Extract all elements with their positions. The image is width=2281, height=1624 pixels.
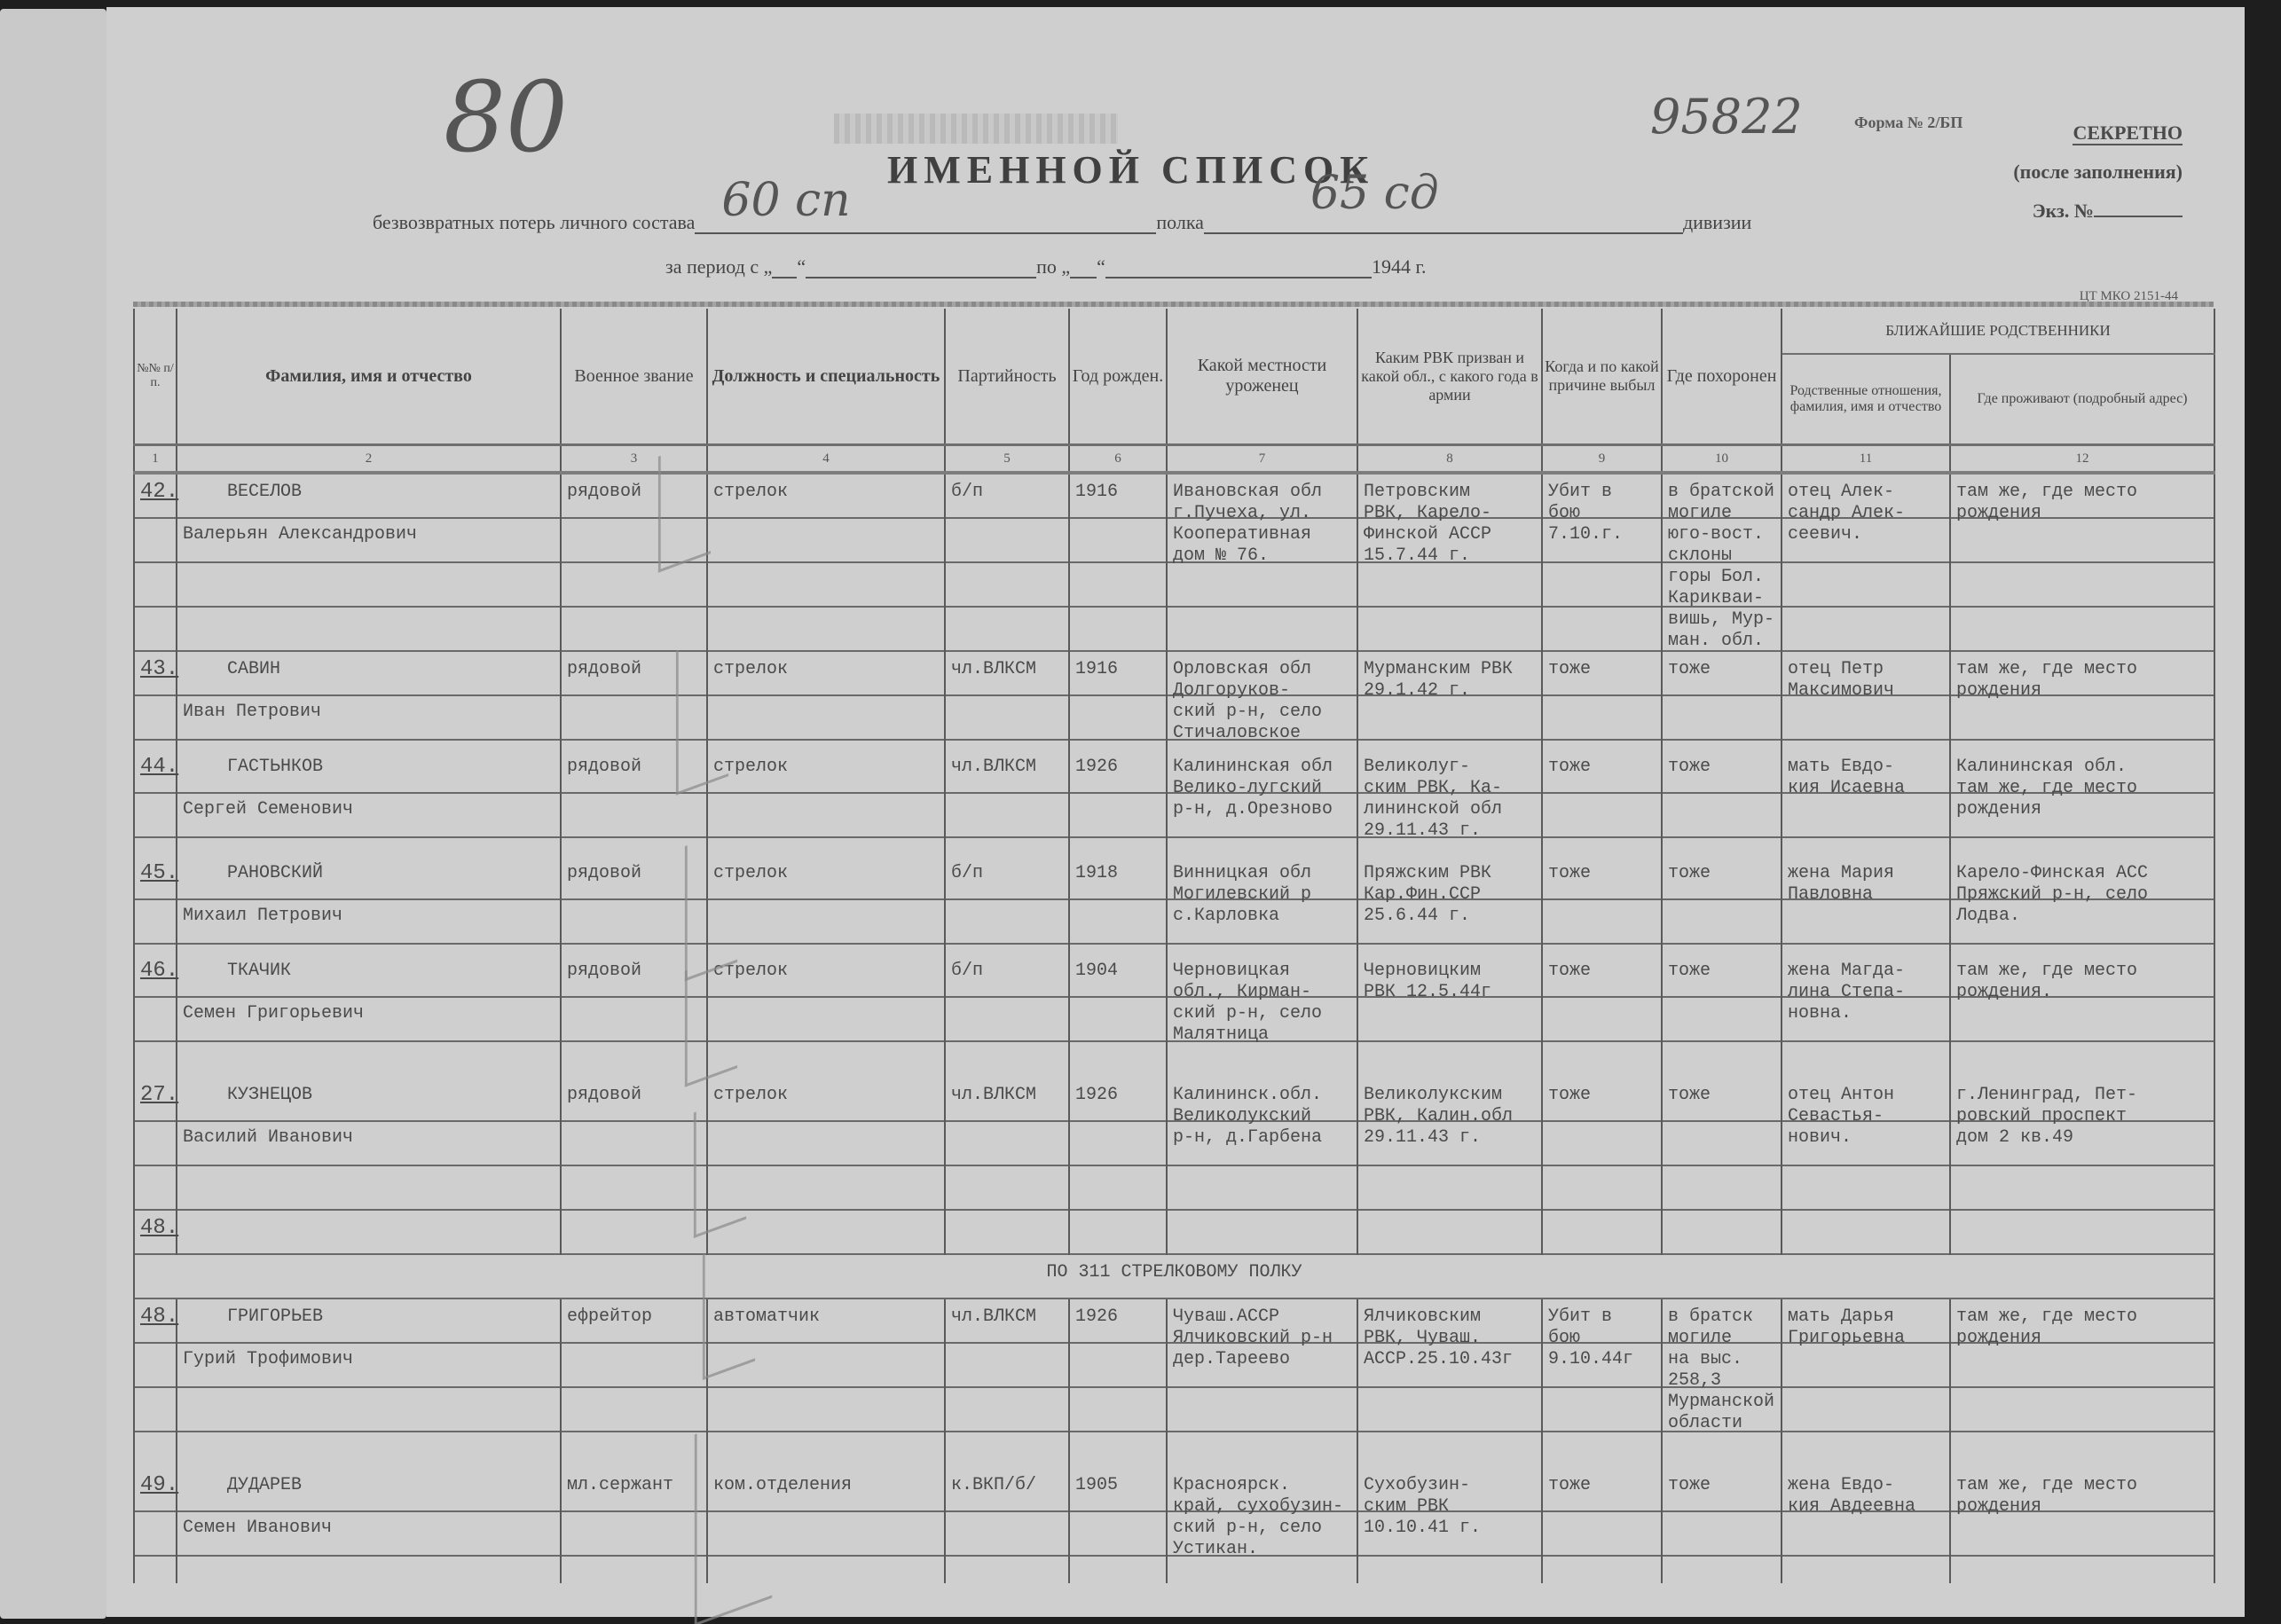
cell-rvk: Пряжским РВК Кар.Фин.ССР 25.6.44 г. — [1357, 856, 1542, 953]
col-header-2: Фамилия, имя и отчество — [177, 309, 561, 445]
col-header-7: Какой местности уроженец — [1167, 309, 1357, 445]
cell-buried: тоже — [1662, 953, 1782, 1078]
table-row: 44.ГАСТЬНКОВСергей Семеновичрядовойстрел… — [134, 749, 2214, 856]
cell-party — [945, 1211, 1069, 1255]
col-header-3: Военное звание — [561, 309, 707, 445]
table-row: 46.ТКАЧИКСемен Григорьевичрядовойстрелок… — [134, 953, 2214, 1078]
cell-when: тоже — [1542, 953, 1662, 1078]
cell-when: тоже — [1542, 856, 1662, 953]
cell-surname: РАНОВСКИЙ — [183, 863, 555, 884]
cell-surname: ГАСТЬНКОВ — [183, 757, 555, 778]
handwritten-sheet-number: 80 — [444, 60, 568, 174]
cell-surname: КУЗНЕЦОВ — [183, 1085, 555, 1106]
cell-position: стрелок — [707, 473, 945, 652]
cell-relative: отец Антон Севастья- нович. — [1782, 1078, 1950, 1211]
section-note-row: ПО 311 СТРЕЛКОВОМУ ПОЛКУ — [134, 1255, 2214, 1299]
cell-surname: САВИН — [183, 659, 555, 680]
losses-table: №№ п/п. Фамилия, имя и отчество Военное … — [133, 309, 2215, 1583]
cell-address: г.Ленинград, Пет- ровский проспект дом 2… — [1950, 1078, 2214, 1211]
col-header-4: Должность и специальность — [707, 309, 945, 445]
cell-no: 45. — [134, 856, 177, 953]
division-field: 65 сд — [1204, 209, 1683, 234]
cell-rvk: Великолукским РВК, Калин.обл 29.11.43 г. — [1357, 1078, 1542, 1211]
cell-origin: Черновицкая обл., Кирман- ский р-н, село… — [1167, 953, 1357, 1078]
cell-position: стрелок — [707, 953, 945, 1078]
cell-origin: Красноярск. край, сухобузин- ский р-н, с… — [1167, 1468, 1357, 1583]
table-row: 42.ВЕСЕЛОВВалерьян Александровичрядовойс… — [134, 473, 2214, 652]
table-row: 27.КУЗНЕЦОВВасилий Ивановичрядовойстрело… — [134, 1078, 2214, 1211]
cell-born: 1918 — [1069, 856, 1167, 953]
cell-origin: Орловская обл Долгоруков- ский р-н, село… — [1167, 652, 1357, 749]
col-header-5: Партийность — [945, 309, 1069, 445]
cell-relative — [1782, 1211, 1950, 1255]
cell-buried: тоже — [1662, 652, 1782, 749]
cell-rvk — [1357, 1211, 1542, 1255]
cell-when: Убит в бою 9.10.44г — [1542, 1299, 1662, 1468]
cell-party: к.ВКП/б/ — [945, 1468, 1069, 1583]
cell-born: 1926 — [1069, 1078, 1167, 1211]
cell-full-name: ГАСТЬНКОВСергей Семенович — [177, 749, 561, 856]
cell-party: чл.ВЛКСМ — [945, 749, 1069, 856]
cell-origin: Калининск.обл. Великолукский р-н, д.Гарб… — [1167, 1078, 1357, 1211]
cell-born: 1905 — [1069, 1468, 1167, 1583]
cell-rvk: Петровским РВК, Карело- Финской АССР 15.… — [1357, 473, 1542, 652]
cell-relative: мать Евдо- кия Исаевна — [1782, 749, 1950, 856]
handwritten-archive-number: 95822 — [1650, 89, 1803, 145]
table-row: 43.САВИНИван Петровичрядовойстрелокчл.ВЛ… — [134, 652, 2214, 749]
cell-full-name: РАНОВСКИЙМихаил Петрович — [177, 856, 561, 953]
cell-buried: тоже — [1662, 749, 1782, 856]
checkmark-icon — [695, 1407, 772, 1624]
cell-born: 1916 — [1069, 473, 1167, 652]
cell-given-names: Иван Петрович — [183, 702, 555, 723]
table-row: 49.ДУДАРЕВСемен Ивановичмл.сержантком.от… — [134, 1468, 2214, 1583]
cell-given-names: Сергей Семенович — [183, 799, 555, 820]
cell-no: 48. — [134, 1211, 177, 1255]
cell-address: Калининская обл. там же, где место рожде… — [1950, 749, 2214, 856]
checkmark-icon — [685, 952, 737, 1087]
cell-rank — [561, 1211, 707, 1255]
table-row: 48.ГРИГОРЬЕВГурий Трофимовичефрейторавто… — [134, 1299, 2214, 1468]
cell-full-name: ТКАЧИКСемен Григорьевич — [177, 953, 561, 1078]
cell-no: 42. — [134, 473, 177, 652]
cell-relative: отец Петр Максимович — [1782, 652, 1950, 749]
faded-stamp — [834, 114, 1118, 144]
cell-full-name — [177, 1211, 561, 1255]
cell-buried: тоже — [1662, 1468, 1782, 1583]
col-header-1: №№ п/п. — [134, 309, 177, 445]
cell-when: тоже — [1542, 652, 1662, 749]
checkmark-icon — [658, 437, 711, 572]
table-body: 42.ВЕСЕЛОВВалерьян Александровичрядовойс… — [134, 473, 2214, 1583]
cell-party: б/п — [945, 473, 1069, 652]
cell-no: 43. — [134, 652, 177, 749]
subtitle-prefix: безвозвратных потерь личного состава — [373, 211, 695, 234]
cell-rank: мл.сержант — [561, 1468, 707, 1583]
cell-full-name: КУЗНЕЦОВВасилий Иванович — [177, 1078, 561, 1211]
cell-given-names: Семен Иванович — [183, 1518, 555, 1539]
cell-full-name: ГРИГОРЬЕВГурий Трофимович — [177, 1299, 561, 1468]
cell-address: там же, где место рождения. — [1950, 953, 2214, 1078]
cell-born: 1904 — [1069, 953, 1167, 1078]
cell-when: Убит в бою 7.10.г. — [1542, 473, 1662, 652]
cell-address — [1950, 1211, 2214, 1255]
cell-rvk: Черновицким РВК 12.5.44г — [1357, 953, 1542, 1078]
cell-buried — [1662, 1211, 1782, 1255]
cell-born — [1069, 1211, 1167, 1255]
col-header-11: Родственные отношения, фамилия, имя и от… — [1782, 354, 1950, 445]
cell-given-names: Михаил Петрович — [183, 906, 555, 927]
regiment-field: 60 сп — [695, 209, 1156, 234]
section-note: ПО 311 СТРЕЛКОВОМУ ПОЛКУ — [134, 1255, 2214, 1299]
cell-surname: ВЕСЕЛОВ — [183, 482, 555, 503]
cell-address: там же, где место рождения — [1950, 652, 2214, 749]
cell-when: тоже — [1542, 1078, 1662, 1211]
cell-full-name: ДУДАРЕВСемен Иванович — [177, 1468, 561, 1583]
cell-given-names: Гурий Трофимович — [183, 1349, 555, 1370]
cell-position: стрелок — [707, 856, 945, 953]
cell-address: Карело-Финская АСС Пряжский р-н, село Ло… — [1950, 856, 2214, 953]
col-header-6: Год рожден. — [1069, 309, 1167, 445]
cell-party: чл.ВЛКСМ — [945, 1299, 1069, 1468]
document-title: ИМЕННОЙ СПИСОК — [887, 147, 1374, 192]
cell-born: 1926 — [1069, 749, 1167, 856]
period-prefix: за период с „ — [665, 255, 772, 279]
classification-note: (после заполнения) — [2013, 153, 2183, 192]
col-header-12: Где проживают (подробный адрес) — [1950, 354, 2214, 445]
period-line: за период с „ “ по „ “ 1944 г. — [665, 254, 1426, 279]
cell-origin: Чуваш.АССР Ялчиковский р-н дер.Тареево — [1167, 1299, 1357, 1468]
regiment-label: полка — [1156, 211, 1204, 234]
cell-party: чл.ВЛКСМ — [945, 1078, 1069, 1211]
relatives-group-header: БЛИЖАЙШИЕ РОДСТВЕННИКИ — [1782, 309, 2214, 354]
table-row: 48. — [134, 1211, 2214, 1255]
document-page: 80 95822 Форма № 2/БП СЕКРЕТНО (после за… — [106, 7, 2245, 1617]
cell-no: 49. — [134, 1468, 177, 1583]
cell-no: 44. — [134, 749, 177, 856]
cell-surname: ДУДАРЕВ — [183, 1475, 555, 1496]
cell-relative: отец Алек- сандр Алек- сеевич. — [1782, 473, 1950, 652]
form-number: Форма № 2/БП — [1854, 114, 1962, 132]
cell-relative: жена Мария Павловна — [1782, 856, 1950, 953]
cell-buried: тоже — [1662, 1078, 1782, 1211]
cell-address: там же, где место рождения — [1950, 1468, 2214, 1583]
period-year: 1944 г. — [1372, 255, 1427, 279]
cell-buried: в братск могиле на выс. 258,3 Мурманской… — [1662, 1299, 1782, 1468]
cell-given-names: Валерьян Александрович — [183, 524, 555, 545]
cell-given-names: Семен Григорьевич — [183, 1003, 555, 1024]
cell-relative: жена Магда- лина Степа- новна. — [1782, 953, 1950, 1078]
cell-no: 48. — [134, 1299, 177, 1468]
cell-position: стрелок — [707, 652, 945, 749]
cell-address: там же, где место рождения — [1950, 1299, 2214, 1468]
cell-when: тоже — [1542, 749, 1662, 856]
cell-rank: рядовой — [561, 1078, 707, 1211]
binder-tab-strip — [0, 9, 106, 1619]
cell-origin: Винницкая обл Могилевский р с.Карловка — [1167, 856, 1357, 953]
period-to: по „ — [1036, 255, 1070, 279]
col-header-8: Каким РВК призван и какой обл., с какого… — [1357, 309, 1542, 445]
cell-origin — [1167, 1211, 1357, 1255]
cell-origin: Калининская обл Велико-лугский р-н, д.Ор… — [1167, 749, 1357, 856]
cell-party: чл.ВЛКСМ — [945, 652, 1069, 749]
cell-buried: тоже — [1662, 856, 1782, 953]
cell-origin: Ивановская обл г.Пучеха, ул. Кооперативн… — [1167, 473, 1357, 652]
checkmark-icon — [694, 1094, 746, 1238]
cell-rvk: Великолуг- ским РВК, Ка- лининской обл 2… — [1357, 749, 1542, 856]
division-label: дивизии — [1683, 211, 1751, 234]
cell-relative: мать Дарья Григорьевна — [1782, 1299, 1950, 1468]
cell-rank: ефрейтор — [561, 1299, 707, 1468]
cell-born: 1926 — [1069, 1299, 1167, 1468]
cell-rvk: Мурманским РВК 29.1.42 г. — [1357, 652, 1542, 749]
subtitle-line: безвозвратных потерь личного состава 60 … — [373, 209, 1751, 234]
cell-rvk: Ялчиковским РВК, Чуваш. АССР.25.10.43г — [1357, 1299, 1542, 1468]
classification-block: СЕКРЕТНО (после заполнения) Экз. № — [2013, 114, 2183, 231]
cell-full-name: ВЕСЕЛОВВалерьян Александрович — [177, 473, 561, 652]
cell-party: б/п — [945, 953, 1069, 1078]
col-header-9: Когда и по какой причине выбыл — [1542, 309, 1662, 445]
cell-no: 46. — [134, 953, 177, 1078]
cell-surname: ТКАЧИК — [183, 961, 555, 982]
cell-no: 27. — [134, 1078, 177, 1211]
column-number-row: 1 2 3 4 5 6 7 8 9 10 11 12 — [134, 445, 2214, 474]
checkmark-icon — [703, 1236, 755, 1380]
checkmark-icon — [676, 632, 728, 795]
cell-party: б/п — [945, 856, 1069, 953]
table-row: 45.РАНОВСКИЙМихаил Петровичрядовойстрело… — [134, 856, 2214, 953]
cell-born: 1916 — [1069, 652, 1167, 749]
cell-full-name: САВИНИван Петрович — [177, 652, 561, 749]
cell-relative: жена Евдо- кия Авдеевна — [1782, 1468, 1950, 1583]
cell-rvk: Сухобузин- ским РВК 10.10.41 г. — [1357, 1468, 1542, 1583]
cell-when — [1542, 1211, 1662, 1255]
cell-surname: ГРИГОРЬЕВ — [183, 1306, 555, 1328]
cell-when: тоже — [1542, 1468, 1662, 1583]
classification-label: СЕКРЕТНО — [2073, 122, 2183, 145]
col-header-10: Где похоронен — [1662, 309, 1782, 445]
cell-given-names: Василий Иванович — [183, 1127, 555, 1149]
header-row: №№ п/п. Фамилия, имя и отчество Военное … — [134, 309, 2214, 354]
copy-label: Экз. № — [2033, 200, 2094, 222]
cell-address: там же, где место рождения — [1950, 473, 2214, 652]
cell-position: стрелок — [707, 749, 945, 856]
cell-buried: в братской могиле юго-вост. склоны горы … — [1662, 473, 1782, 652]
table-top-rule — [133, 302, 2214, 307]
